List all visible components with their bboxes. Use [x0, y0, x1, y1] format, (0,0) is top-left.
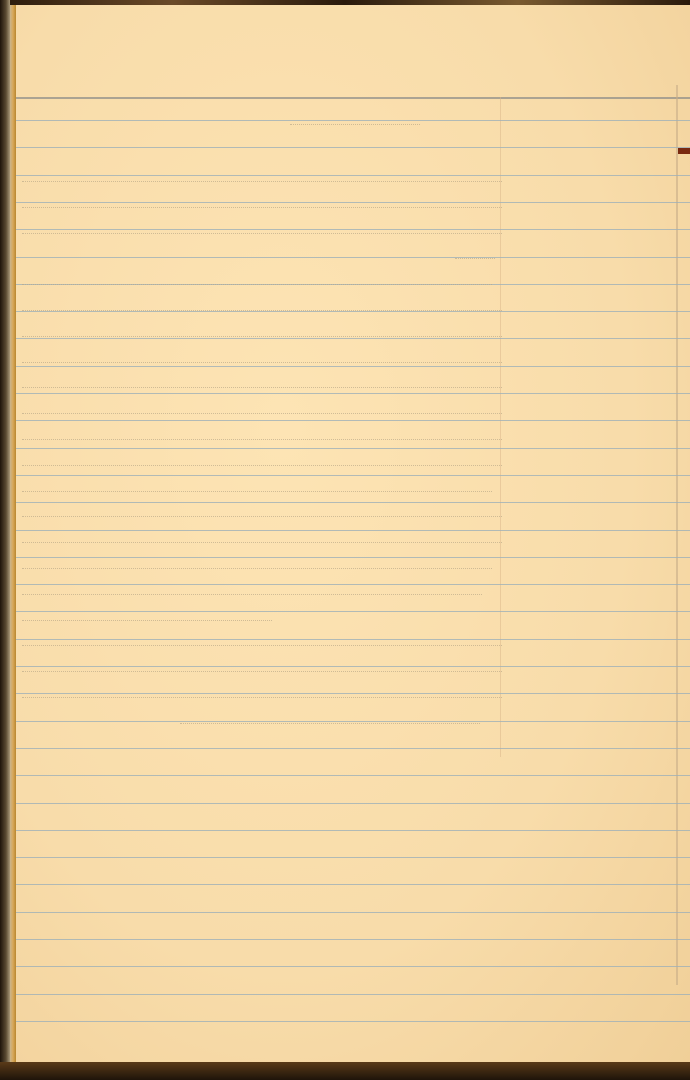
- rule-line: [16, 857, 690, 858]
- handwritten-line: [455, 252, 495, 259]
- book-spine: [0, 0, 10, 1080]
- rule-line: [16, 366, 690, 367]
- rule-line: [16, 257, 690, 258]
- handwritten-line: [22, 485, 492, 492]
- handwritten-line: [22, 691, 502, 698]
- rule-line: [16, 748, 690, 749]
- handwritten-line: [22, 510, 502, 517]
- right-page-edge: [676, 85, 678, 985]
- rule-line: [16, 420, 690, 421]
- rule-line: [16, 502, 690, 503]
- rule-line: [16, 611, 690, 612]
- rule-line: [16, 803, 690, 804]
- header-rule: [16, 97, 690, 99]
- handwritten-line: [22, 356, 502, 363]
- handwritten-line: [22, 330, 502, 337]
- handwritten-line: [22, 201, 502, 208]
- handwritten-line: [290, 118, 420, 125]
- rule-line: [16, 884, 690, 885]
- margin-line: [500, 97, 501, 757]
- page-tab-marker: [678, 148, 690, 154]
- handwritten-line: [22, 278, 492, 285]
- handwritten-line: [22, 562, 492, 569]
- rule-line: [16, 147, 690, 148]
- rule-line: [16, 393, 690, 394]
- handwritten-line: [22, 304, 502, 311]
- handwritten-line: [22, 665, 502, 672]
- handwritten-line: [22, 459, 502, 466]
- rule-line: [16, 966, 690, 967]
- rule-line: [16, 830, 690, 831]
- rule-line: [16, 311, 690, 312]
- notebook-page: [10, 5, 690, 1065]
- page-gutter-edge: [10, 5, 16, 1065]
- rule-line: [16, 912, 690, 913]
- rule-line: [16, 775, 690, 776]
- handwritten-line: [180, 717, 480, 724]
- rule-line: [16, 939, 690, 940]
- rule-line: [16, 1021, 690, 1022]
- rule-line: [16, 530, 690, 531]
- rule-line: [16, 557, 690, 558]
- rule-line: [16, 338, 690, 339]
- rule-line: [16, 448, 690, 449]
- handwritten-line: [22, 588, 482, 595]
- rule-line: [16, 475, 690, 476]
- book-bottom-edge: [0, 1062, 690, 1080]
- rule-line: [16, 584, 690, 585]
- handwritten-line: [22, 381, 502, 388]
- handwritten-line: [22, 639, 502, 646]
- handwritten-line: [22, 614, 272, 621]
- rule-line: [16, 994, 690, 995]
- handwritten-line: [22, 227, 502, 234]
- handwritten-line: [22, 407, 502, 414]
- handwritten-line: [22, 433, 502, 440]
- handwritten-line: [22, 536, 502, 543]
- handwritten-line: [22, 175, 502, 182]
